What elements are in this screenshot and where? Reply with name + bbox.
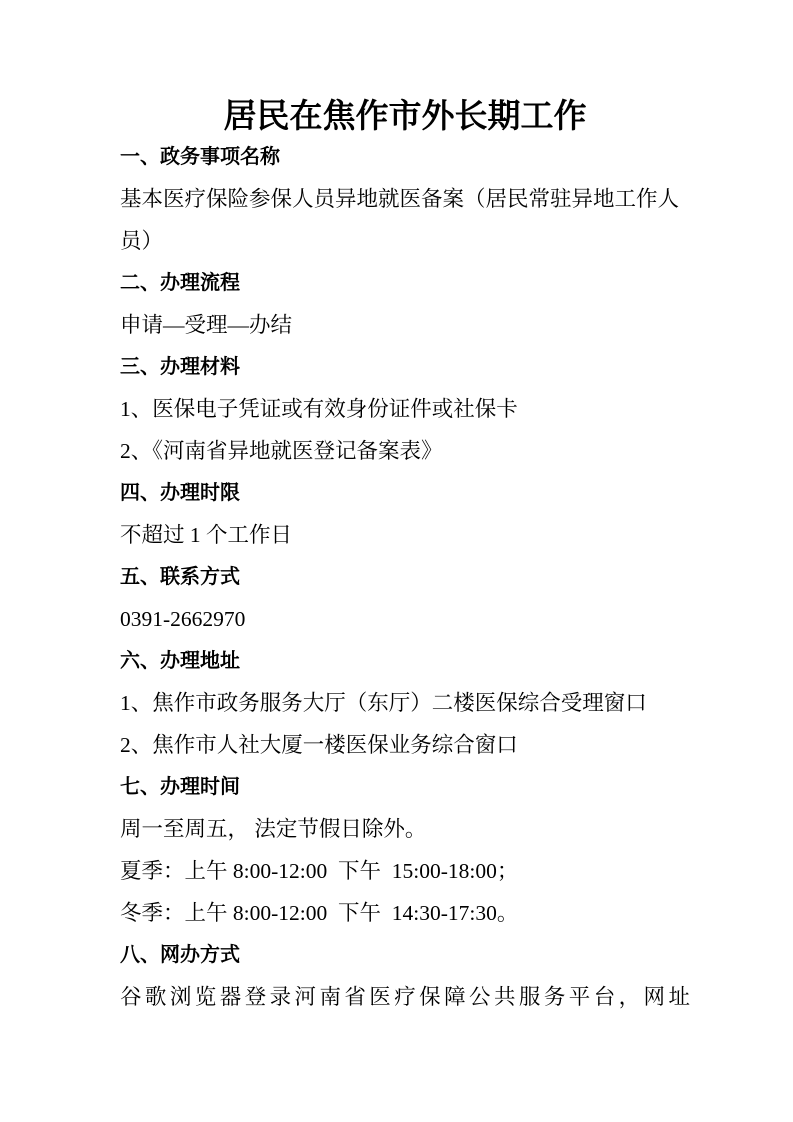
section-heading: 八、网办方式 xyxy=(120,934,690,976)
paragraph: 0391-2662970 xyxy=(120,598,690,640)
document-body: 一、政务事项名称基本医疗保险参保人员异地就医备案（居民常驻异地工作人员）二、办理… xyxy=(120,136,690,1018)
section-heading: 五、联系方式 xyxy=(120,556,690,598)
section-heading: 三、办理材料 xyxy=(120,346,690,388)
paragraph: 冬季：上午 8:00-12:00 下午 14:30-17:30。 xyxy=(120,892,690,934)
document-title: 居民在焦作市外长期工作 xyxy=(120,97,690,135)
document-content: 居民在焦作市外长期工作 一、政务事项名称基本医疗保险参保人员异地就医备案（居民常… xyxy=(120,97,690,1018)
section-heading: 六、办理地址 xyxy=(120,640,690,682)
paragraph: 周一至周五， 法定节假日除外。 xyxy=(120,808,690,850)
section-heading: 七、办理时间 xyxy=(120,766,690,808)
section-heading: 二、办理流程 xyxy=(120,262,690,304)
paragraph: 不超过 1 个工作日 xyxy=(120,514,690,556)
paragraph: 谷歌浏览器登录河南省医疗保障公共服务平台，网址 xyxy=(120,976,690,1018)
paragraph: 夏季：上午 8:00-12:00 下午 15:00-18:00； xyxy=(120,850,690,892)
paragraph: 基本医疗保险参保人员异地就医备案（居民常驻异地工作人员） xyxy=(120,178,690,262)
paragraph: 1、医保电子凭证或有效身份证件或社保卡 xyxy=(120,388,690,430)
paragraph: 2、《河南省异地就医登记备案表》 xyxy=(120,430,690,472)
paragraph: 申请—受理—办结 xyxy=(120,304,690,346)
document-page: 居民在焦作市外长期工作 一、政务事项名称基本医疗保险参保人员异地就医备案（居民常… xyxy=(0,0,793,1122)
paragraph: 1、焦作市政务服务大厅（东厅）二楼医保综合受理窗口 xyxy=(120,682,690,724)
paragraph: 2、焦作市人社大厦一楼医保业务综合窗口 xyxy=(120,724,690,766)
section-heading: 四、办理时限 xyxy=(120,472,690,514)
section-heading: 一、政务事项名称 xyxy=(120,136,690,178)
